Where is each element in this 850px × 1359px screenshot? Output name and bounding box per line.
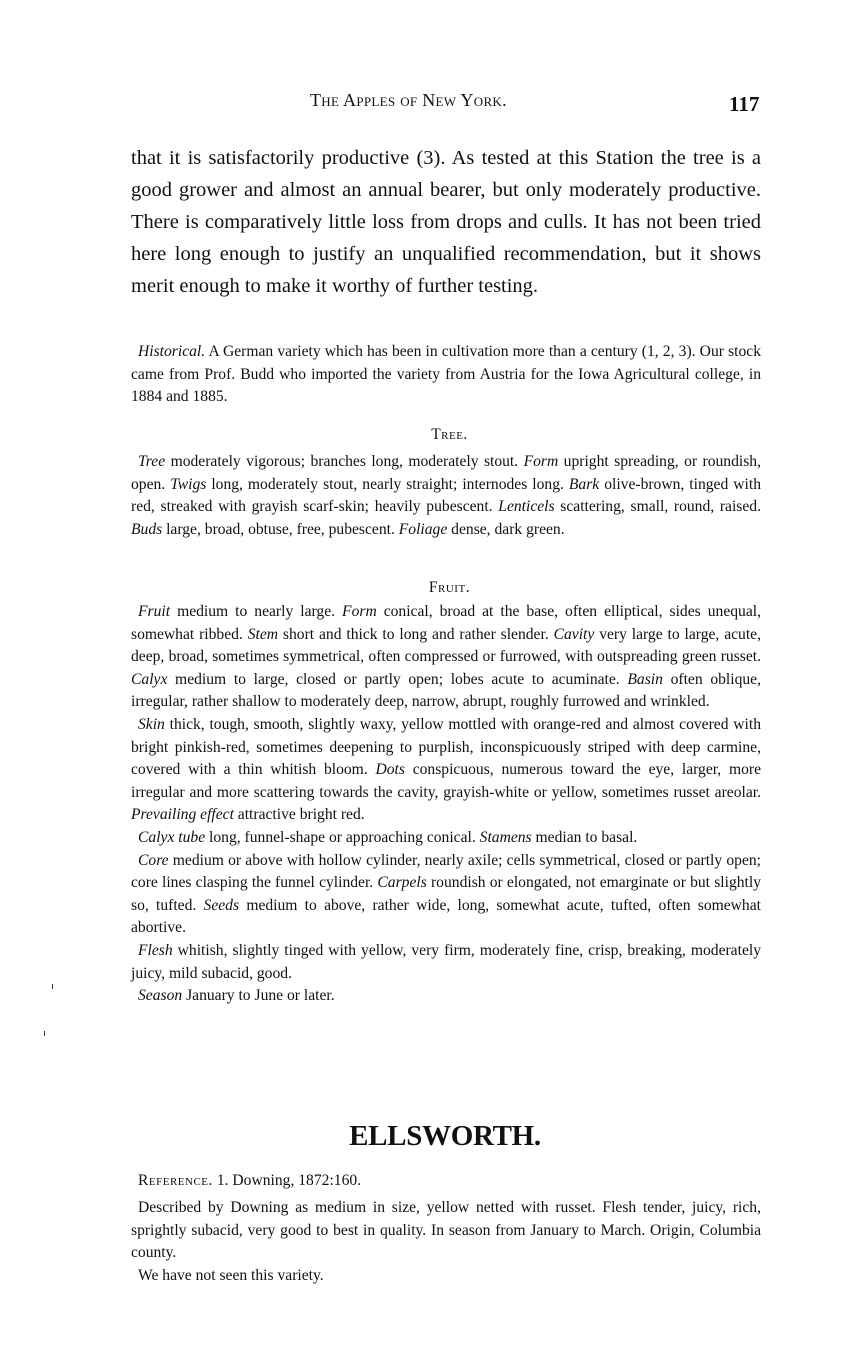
term-description: attractive bright red. bbox=[234, 806, 365, 823]
historical-text: A German variety which has been in culti… bbox=[131, 343, 761, 405]
term-description: large, broad, obtuse, free, pubescent. bbox=[162, 521, 399, 538]
term-description: scattering, small, round, raised. bbox=[555, 498, 761, 515]
tree-paragraph: Tree moderately vigorous; branches long,… bbox=[131, 451, 761, 541]
historical-label: Historical. bbox=[138, 343, 205, 360]
term-tree: Tree bbox=[138, 453, 165, 470]
running-title: The Apples of New York. bbox=[310, 90, 507, 111]
term-fruit: Fruit bbox=[138, 603, 170, 620]
scan-speck bbox=[44, 1031, 45, 1036]
term-description: medium to large, closed or partly open; … bbox=[167, 671, 627, 688]
term-basin: Basin bbox=[627, 671, 663, 688]
term-carpels: Carpels bbox=[377, 874, 426, 891]
term-description: long, moderately stout, nearly straight;… bbox=[206, 476, 569, 493]
term-description: moderately vigorous; branches long, mode… bbox=[165, 453, 523, 470]
tree-heading: Tree. bbox=[131, 424, 761, 447]
fruit-description: Fruit medium to nearly large. Form conic… bbox=[131, 601, 761, 1008]
term-form: Form bbox=[342, 603, 377, 620]
term-calyx: Calyx bbox=[131, 671, 167, 688]
term-description: long, funnel-shape or approaching conica… bbox=[205, 829, 480, 846]
term-season: Season bbox=[138, 987, 182, 1004]
term-description: dense, dark green. bbox=[447, 521, 564, 538]
fruit-paragraph: Flesh whitish, slightly tinged with yell… bbox=[131, 940, 761, 985]
term-description: January to June or later. bbox=[182, 987, 334, 1004]
reference-line: Reference. 1. Downing, 1872:160. bbox=[131, 1170, 761, 1193]
lead-paragraph: that it is satisfactorily productive (3)… bbox=[131, 142, 761, 302]
term-foliage: Foliage bbox=[399, 521, 448, 538]
fruit-paragraph: Calyx tube long, funnel-shape or approac… bbox=[131, 827, 761, 850]
term-core: Core bbox=[138, 852, 169, 869]
fruit-paragraph: Season January to June or later. bbox=[131, 985, 761, 1008]
fruit-heading-block: Fruit. bbox=[131, 577, 761, 600]
fruit-heading: Fruit. bbox=[131, 577, 761, 600]
term-cavity: Cavity bbox=[554, 626, 595, 643]
tree-heading-block: Tree. bbox=[131, 424, 761, 447]
ellsworth-description: Described by Downing as medium in size, … bbox=[131, 1197, 761, 1287]
term-buds: Buds bbox=[131, 521, 162, 538]
term-twigs: Twigs bbox=[170, 476, 206, 493]
term-calyx-tube: Calyx tube bbox=[138, 829, 205, 846]
term-skin: Skin bbox=[138, 716, 165, 733]
term-description: medium to nearly large. bbox=[170, 603, 342, 620]
reference-text: 1. Downing, 1872:160. bbox=[213, 1172, 361, 1189]
ellsworth-paragraph: Described by Downing as medium in size, … bbox=[131, 1197, 761, 1265]
tree-description: Tree moderately vigorous; branches long,… bbox=[131, 451, 761, 541]
term-description: whitish, slightly tinged with yellow, ve… bbox=[131, 942, 761, 982]
term-description: short and thick to long and rather slend… bbox=[278, 626, 554, 643]
fruit-paragraph: Fruit medium to nearly large. Form conic… bbox=[131, 601, 761, 714]
reference-label: Reference. bbox=[138, 1172, 213, 1189]
term-lenticels: Lenticels bbox=[498, 498, 554, 515]
historical-section: Historical. A German variety which has b… bbox=[131, 341, 761, 409]
term-form: Form bbox=[524, 453, 559, 470]
term-bark: Bark bbox=[569, 476, 599, 493]
term-stem: Stem bbox=[248, 626, 278, 643]
scan-speck bbox=[52, 984, 53, 989]
term-seeds: Seeds bbox=[204, 897, 240, 914]
running-head: The Apples of New York. 117 bbox=[0, 90, 850, 114]
fruit-paragraph: Skin thick, tough, smooth, slightly waxy… bbox=[131, 714, 761, 827]
term-flesh: Flesh bbox=[138, 942, 173, 959]
term-prevailing-effect: Prevailing effect bbox=[131, 806, 234, 823]
ellsworth-paragraph: We have not seen this variety. bbox=[131, 1265, 761, 1288]
term-description: median to basal. bbox=[532, 829, 638, 846]
variety-title: ELLSWORTH. bbox=[0, 1120, 850, 1153]
book-page: The Apples of New York. 117 that it is s… bbox=[0, 0, 850, 1359]
term-dots: Dots bbox=[375, 761, 404, 778]
page-number: 117 bbox=[729, 92, 759, 117]
fruit-paragraph: Core medium or above with hollow cylinde… bbox=[131, 850, 761, 940]
term-stamens: Stamens bbox=[480, 829, 532, 846]
